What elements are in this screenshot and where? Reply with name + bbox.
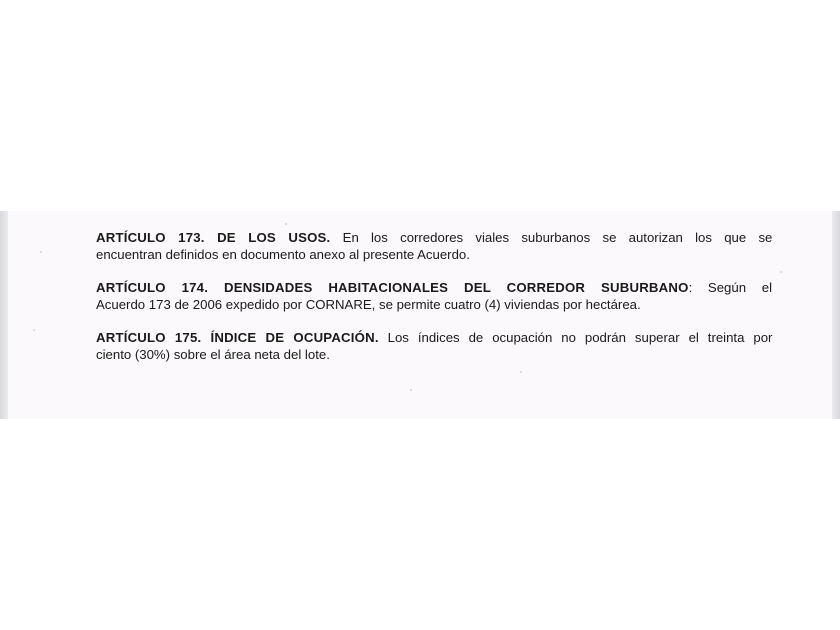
- article-173-body-start: En los corredores viales suburbanos se a…: [330, 230, 772, 245]
- article-173: ARTÍCULO 173. DE LOS USOS. En los corred…: [96, 229, 772, 263]
- scan-speck: [33, 329, 35, 331]
- article-175-line1: ARTÍCULO 175. ÍNDICE DE OCUPACIÓN. Los í…: [96, 329, 772, 346]
- article-174-body-end: Acuerdo 173 de 2006 expedido por CORNARE…: [96, 296, 772, 313]
- article-174-body-start: : Según el: [689, 280, 772, 295]
- article-175: ARTÍCULO 175. ÍNDICE DE OCUPACIÓN. Los í…: [96, 329, 772, 363]
- article-173-heading: ARTÍCULO 173. DE LOS USOS.: [96, 230, 330, 245]
- article-175-heading: ARTÍCULO 175. ÍNDICE DE OCUPACIÓN.: [96, 330, 379, 345]
- scan-speck: [780, 271, 782, 273]
- scan-edge-left: [0, 211, 8, 419]
- article-175-body-start: Los índices de ocupación no podrán super…: [379, 330, 773, 345]
- scan-edge-right: [832, 211, 840, 419]
- scan-speck: [285, 223, 287, 225]
- scan-speck: [410, 389, 412, 391]
- article-173-body-end: encuentran definidos en documento anexo …: [96, 246, 772, 263]
- article-174-line1: ARTÍCULO 174. DENSIDADES HABITACIONALES …: [96, 279, 772, 296]
- article-174-heading: ARTÍCULO 174. DENSIDADES HABITACIONALES …: [96, 280, 689, 295]
- scan-speck: [520, 371, 522, 373]
- article-174: ARTÍCULO 174. DENSIDADES HABITACIONALES …: [96, 279, 772, 313]
- scan-speck: [40, 251, 42, 253]
- article-175-body-end: ciento (30%) sobre el área neta del lote…: [96, 346, 772, 363]
- article-173-line1: ARTÍCULO 173. DE LOS USOS. En los corred…: [96, 229, 772, 246]
